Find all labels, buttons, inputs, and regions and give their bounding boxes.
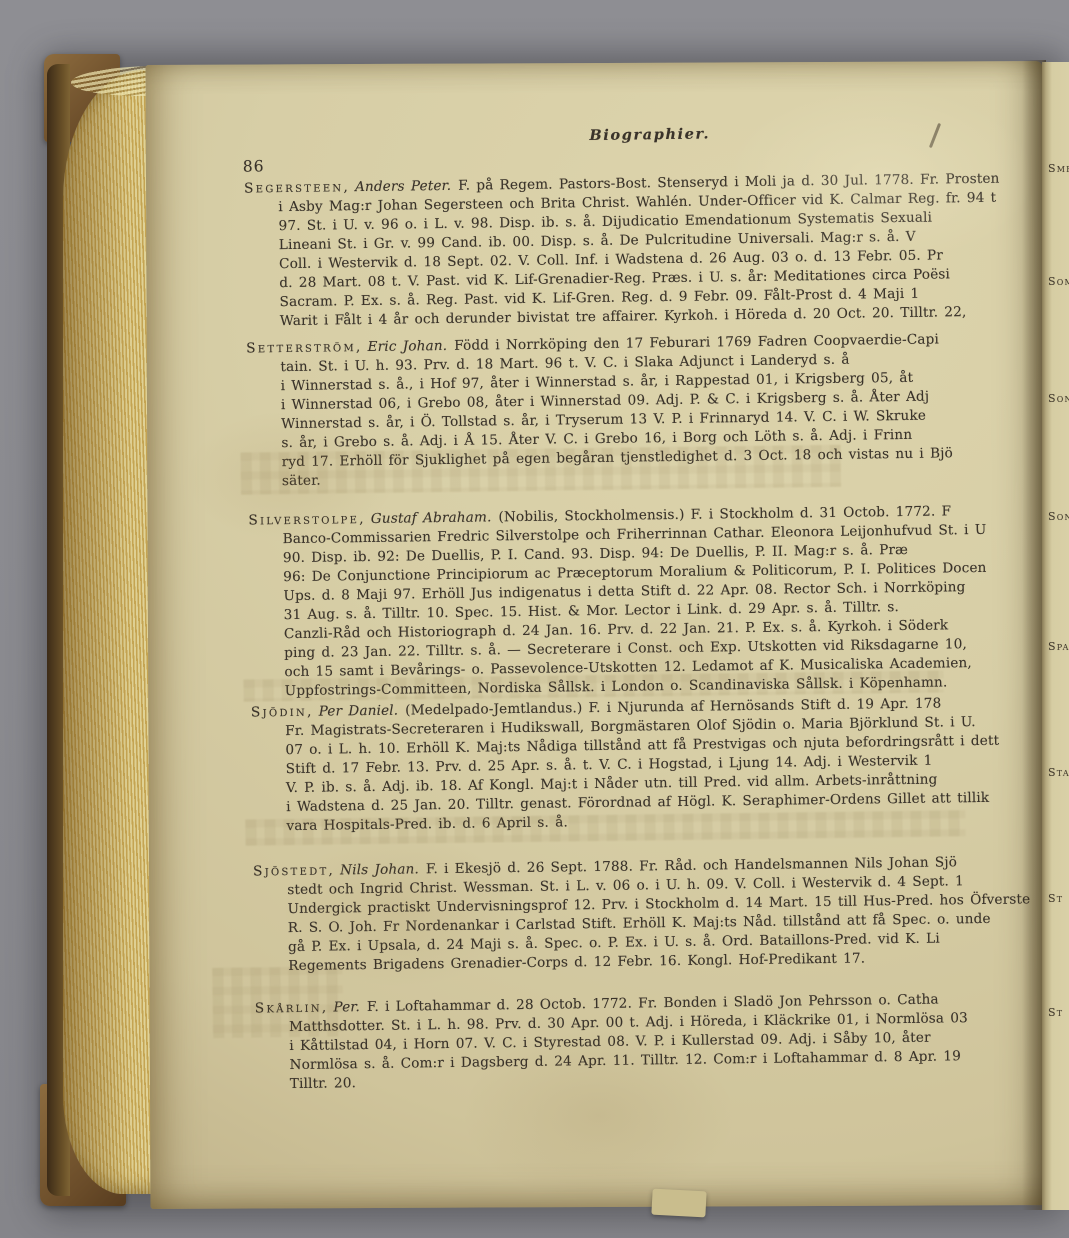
- entry-skarlin: Skårlin,Per.F. i Loftahammar d. 28 Octob…: [255, 989, 1048, 1094]
- entry-given-name: Per.: [333, 999, 360, 1015]
- entry-setterstrom: Setterström,Eric Johan.Född i Norrköping…: [246, 329, 1041, 491]
- entry-given-name: Per Daniel.: [319, 703, 399, 720]
- entry-headword: Setterström,: [246, 339, 363, 357]
- entry-given-name: Eric Johan.: [367, 338, 447, 355]
- entry-sjostedt: Sjöstedt,Nils Johan.F. i Ekesjö d. 26 Se…: [253, 852, 1047, 976]
- page-number: 86: [243, 157, 265, 176]
- running-head: Biographier.: [589, 124, 710, 145]
- book-page: Biographier. 86 Segersteen,Anders Peter.…: [146, 61, 1048, 1209]
- entry-given-name: Gustaf Abraham.: [371, 509, 492, 527]
- entry-headword: Silverstolpe,: [248, 511, 366, 529]
- page-corner-tab: [651, 1189, 706, 1218]
- page-content: Biographier. 86 Segersteen,Anders Peter.…: [146, 61, 1048, 1209]
- entry-given-name: Anders Peter.: [355, 178, 451, 195]
- entry-headword: Sjödin,: [251, 704, 314, 721]
- entry-headword: Skårlin,: [255, 1000, 329, 1017]
- photo-backdrop: Biographier. 86 Segersteen,Anders Peter.…: [0, 0, 1069, 1238]
- entry-segersteen: Segersteen,Anders Peter.F. på Regem. Pas…: [244, 169, 1039, 331]
- next-page-fragment: St: [1048, 892, 1063, 905]
- next-page-fragment: Som: [1048, 275, 1069, 288]
- next-page-fragment: Smei: [1048, 162, 1069, 175]
- entry-headword: Segersteen,: [244, 179, 350, 196]
- next-page-fragment: Son: [1048, 510, 1069, 523]
- entry-given-name: Nils Johan.: [340, 861, 419, 878]
- next-page-sliver: Smei Som Soni Son Spa Sta St St: [1042, 62, 1069, 1210]
- entry-headword: Sjöstedt,: [253, 862, 335, 879]
- paper-crease-mark: [929, 123, 941, 148]
- next-page-fragment: Sta: [1048, 766, 1069, 779]
- entry-sjodin: Sjödin,Per Daniel.(Medelpado-Jemtlandus.…: [251, 693, 1046, 836]
- entry-silverstolpe: Silverstolpe,Gustaf Abraham.(Nobilis, St…: [248, 501, 1043, 701]
- next-page-fragment: St: [1048, 1006, 1063, 1019]
- next-page-fragment: Soni: [1048, 392, 1069, 405]
- next-page-fragment: Spa: [1048, 640, 1069, 653]
